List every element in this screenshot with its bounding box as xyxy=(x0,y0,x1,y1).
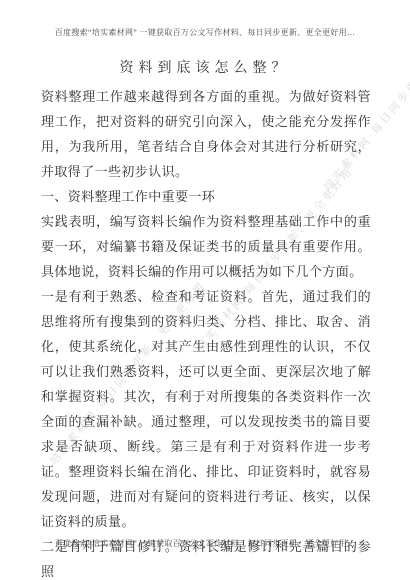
section-heading: 一、资料整理工作中重要一环 xyxy=(41,184,371,209)
header-promo-note: 百度搜索“培实素材网” 一键获取百万公文写作材料、每日同步更新、更全更好用… xyxy=(0,27,410,38)
paragraph-point-one: 一是有利于熟悉、检查和考证资料。首先，通过我们的思维将所有搜集到的资料归类、分档… xyxy=(41,284,371,534)
document-title: 资料到底该怎么整？ xyxy=(0,57,410,77)
footer-promo-note: 百度搜索“培实素材网” 一键获取百万公文写作材料、每日同步更新、更全更好用… xyxy=(0,538,410,549)
paragraph-section-lead: 实践表明，编写资料长编作为资料整理基础工作中的重要一环，对编纂书籍及保证类书的质… xyxy=(41,209,371,284)
document-page: 百度搜索“培实素材网” 一键获取百万公文写作材料、每日同步更新、更全更好用… 培… xyxy=(0,0,410,580)
document-body: 资料整理工作越来越得到各方面的重视。为做好资料管理工作，把对资料的研究引向深入，… xyxy=(41,84,371,580)
paragraph-intro: 资料整理工作越来越得到各方面的重视。为做好资料管理工作，把对资料的研究引向深入，… xyxy=(41,84,371,184)
